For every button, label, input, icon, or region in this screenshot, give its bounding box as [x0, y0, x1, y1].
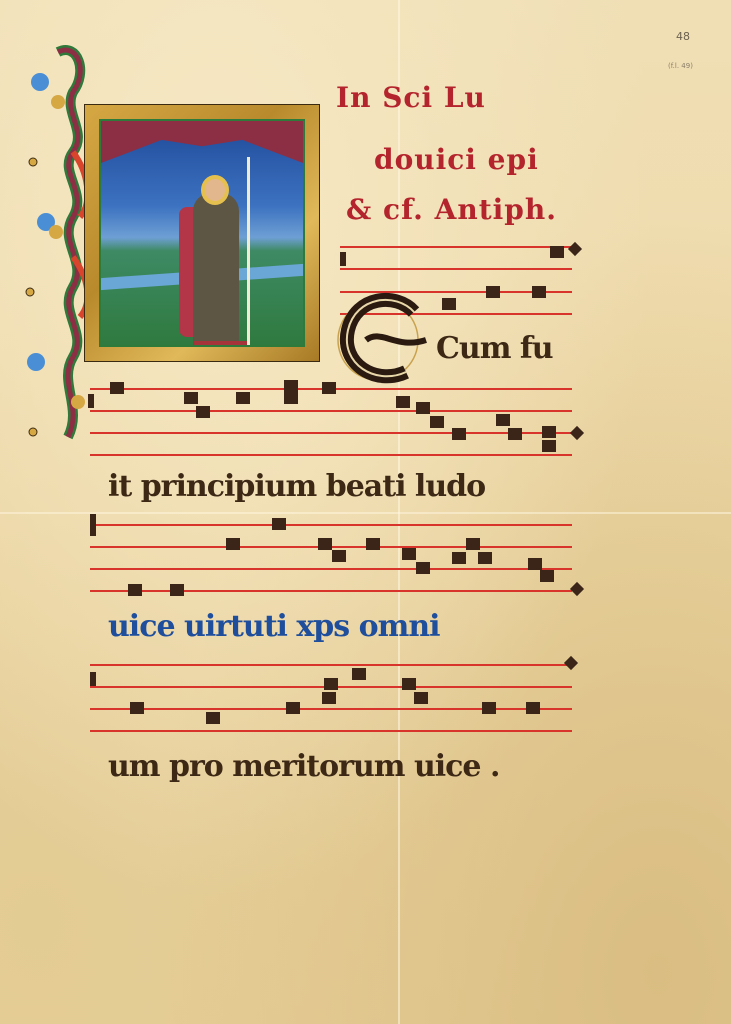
lyric-line-3: um pro meritorum uice .	[108, 752, 499, 782]
note	[110, 382, 124, 394]
miniature-saint-louis	[84, 104, 320, 362]
note	[322, 382, 336, 394]
staff-line	[90, 410, 572, 412]
note	[324, 678, 338, 690]
crozier-icon	[247, 157, 250, 347]
lyric-line-2: uice uirtuti xps omni	[108, 612, 440, 642]
staff-3	[90, 524, 572, 594]
clef-icon	[88, 394, 94, 408]
miniature-scene	[99, 119, 305, 347]
note	[452, 552, 466, 564]
staff-line	[90, 454, 572, 456]
staff-line	[90, 664, 572, 666]
note	[318, 538, 332, 550]
note	[206, 712, 220, 724]
note	[496, 414, 510, 426]
note	[332, 550, 346, 562]
saint-head-halo	[205, 179, 225, 201]
note	[184, 392, 198, 404]
note	[482, 702, 496, 714]
staff-2	[90, 388, 572, 458]
pedestal	[193, 341, 247, 347]
folio-annotation: (f.l. 49)	[668, 62, 693, 70]
staff-line	[90, 590, 572, 592]
custos-icon	[570, 582, 584, 596]
staff-line	[90, 568, 572, 570]
decorated-initial-c	[336, 290, 436, 386]
custos-icon	[570, 426, 584, 440]
rubric-line-2: douici epi	[374, 146, 539, 174]
note	[466, 538, 480, 550]
folio-number: 48	[676, 30, 690, 43]
clef-icon	[90, 672, 96, 686]
note	[442, 298, 456, 310]
note	[416, 402, 430, 414]
rubric-line-1: In Sci Lu	[336, 84, 486, 112]
note	[416, 562, 430, 574]
staff-4	[90, 664, 572, 734]
note	[396, 396, 410, 408]
note	[284, 380, 298, 392]
note	[322, 692, 336, 704]
note	[402, 678, 416, 690]
note	[352, 668, 366, 680]
note	[542, 440, 556, 452]
staff-line	[340, 246, 572, 248]
custos-icon	[564, 656, 578, 670]
note	[284, 392, 298, 404]
note	[286, 702, 300, 714]
clef-icon	[90, 514, 96, 536]
saint-habit	[193, 193, 239, 343]
clef-icon	[340, 252, 346, 266]
rubric-line-3: & cf. Antiph.	[346, 196, 557, 224]
staff-line	[340, 268, 572, 270]
note	[430, 416, 444, 428]
lyric-line-1: it principium beati ludo	[108, 472, 485, 502]
note	[366, 538, 380, 550]
staff-line	[90, 524, 572, 526]
note	[452, 428, 466, 440]
note	[402, 548, 416, 560]
note	[226, 538, 240, 550]
note	[526, 702, 540, 714]
note	[486, 286, 500, 298]
note	[532, 286, 546, 298]
note	[550, 246, 564, 258]
note	[130, 702, 144, 714]
note	[272, 518, 286, 530]
note	[508, 428, 522, 440]
note	[542, 426, 556, 438]
staff-line	[90, 432, 572, 434]
note	[478, 552, 492, 564]
note	[540, 570, 554, 582]
note	[236, 392, 250, 404]
note	[196, 406, 210, 418]
staff-line	[90, 708, 572, 710]
note	[414, 692, 428, 704]
lyric-line-0: Cum fu	[436, 334, 553, 364]
custos-icon	[568, 242, 582, 256]
parchment-fold-horizontal	[0, 512, 731, 514]
note	[128, 584, 142, 596]
red-arch-ornament	[101, 121, 303, 163]
note	[528, 558, 542, 570]
staff-line	[90, 730, 572, 732]
note	[170, 584, 184, 596]
